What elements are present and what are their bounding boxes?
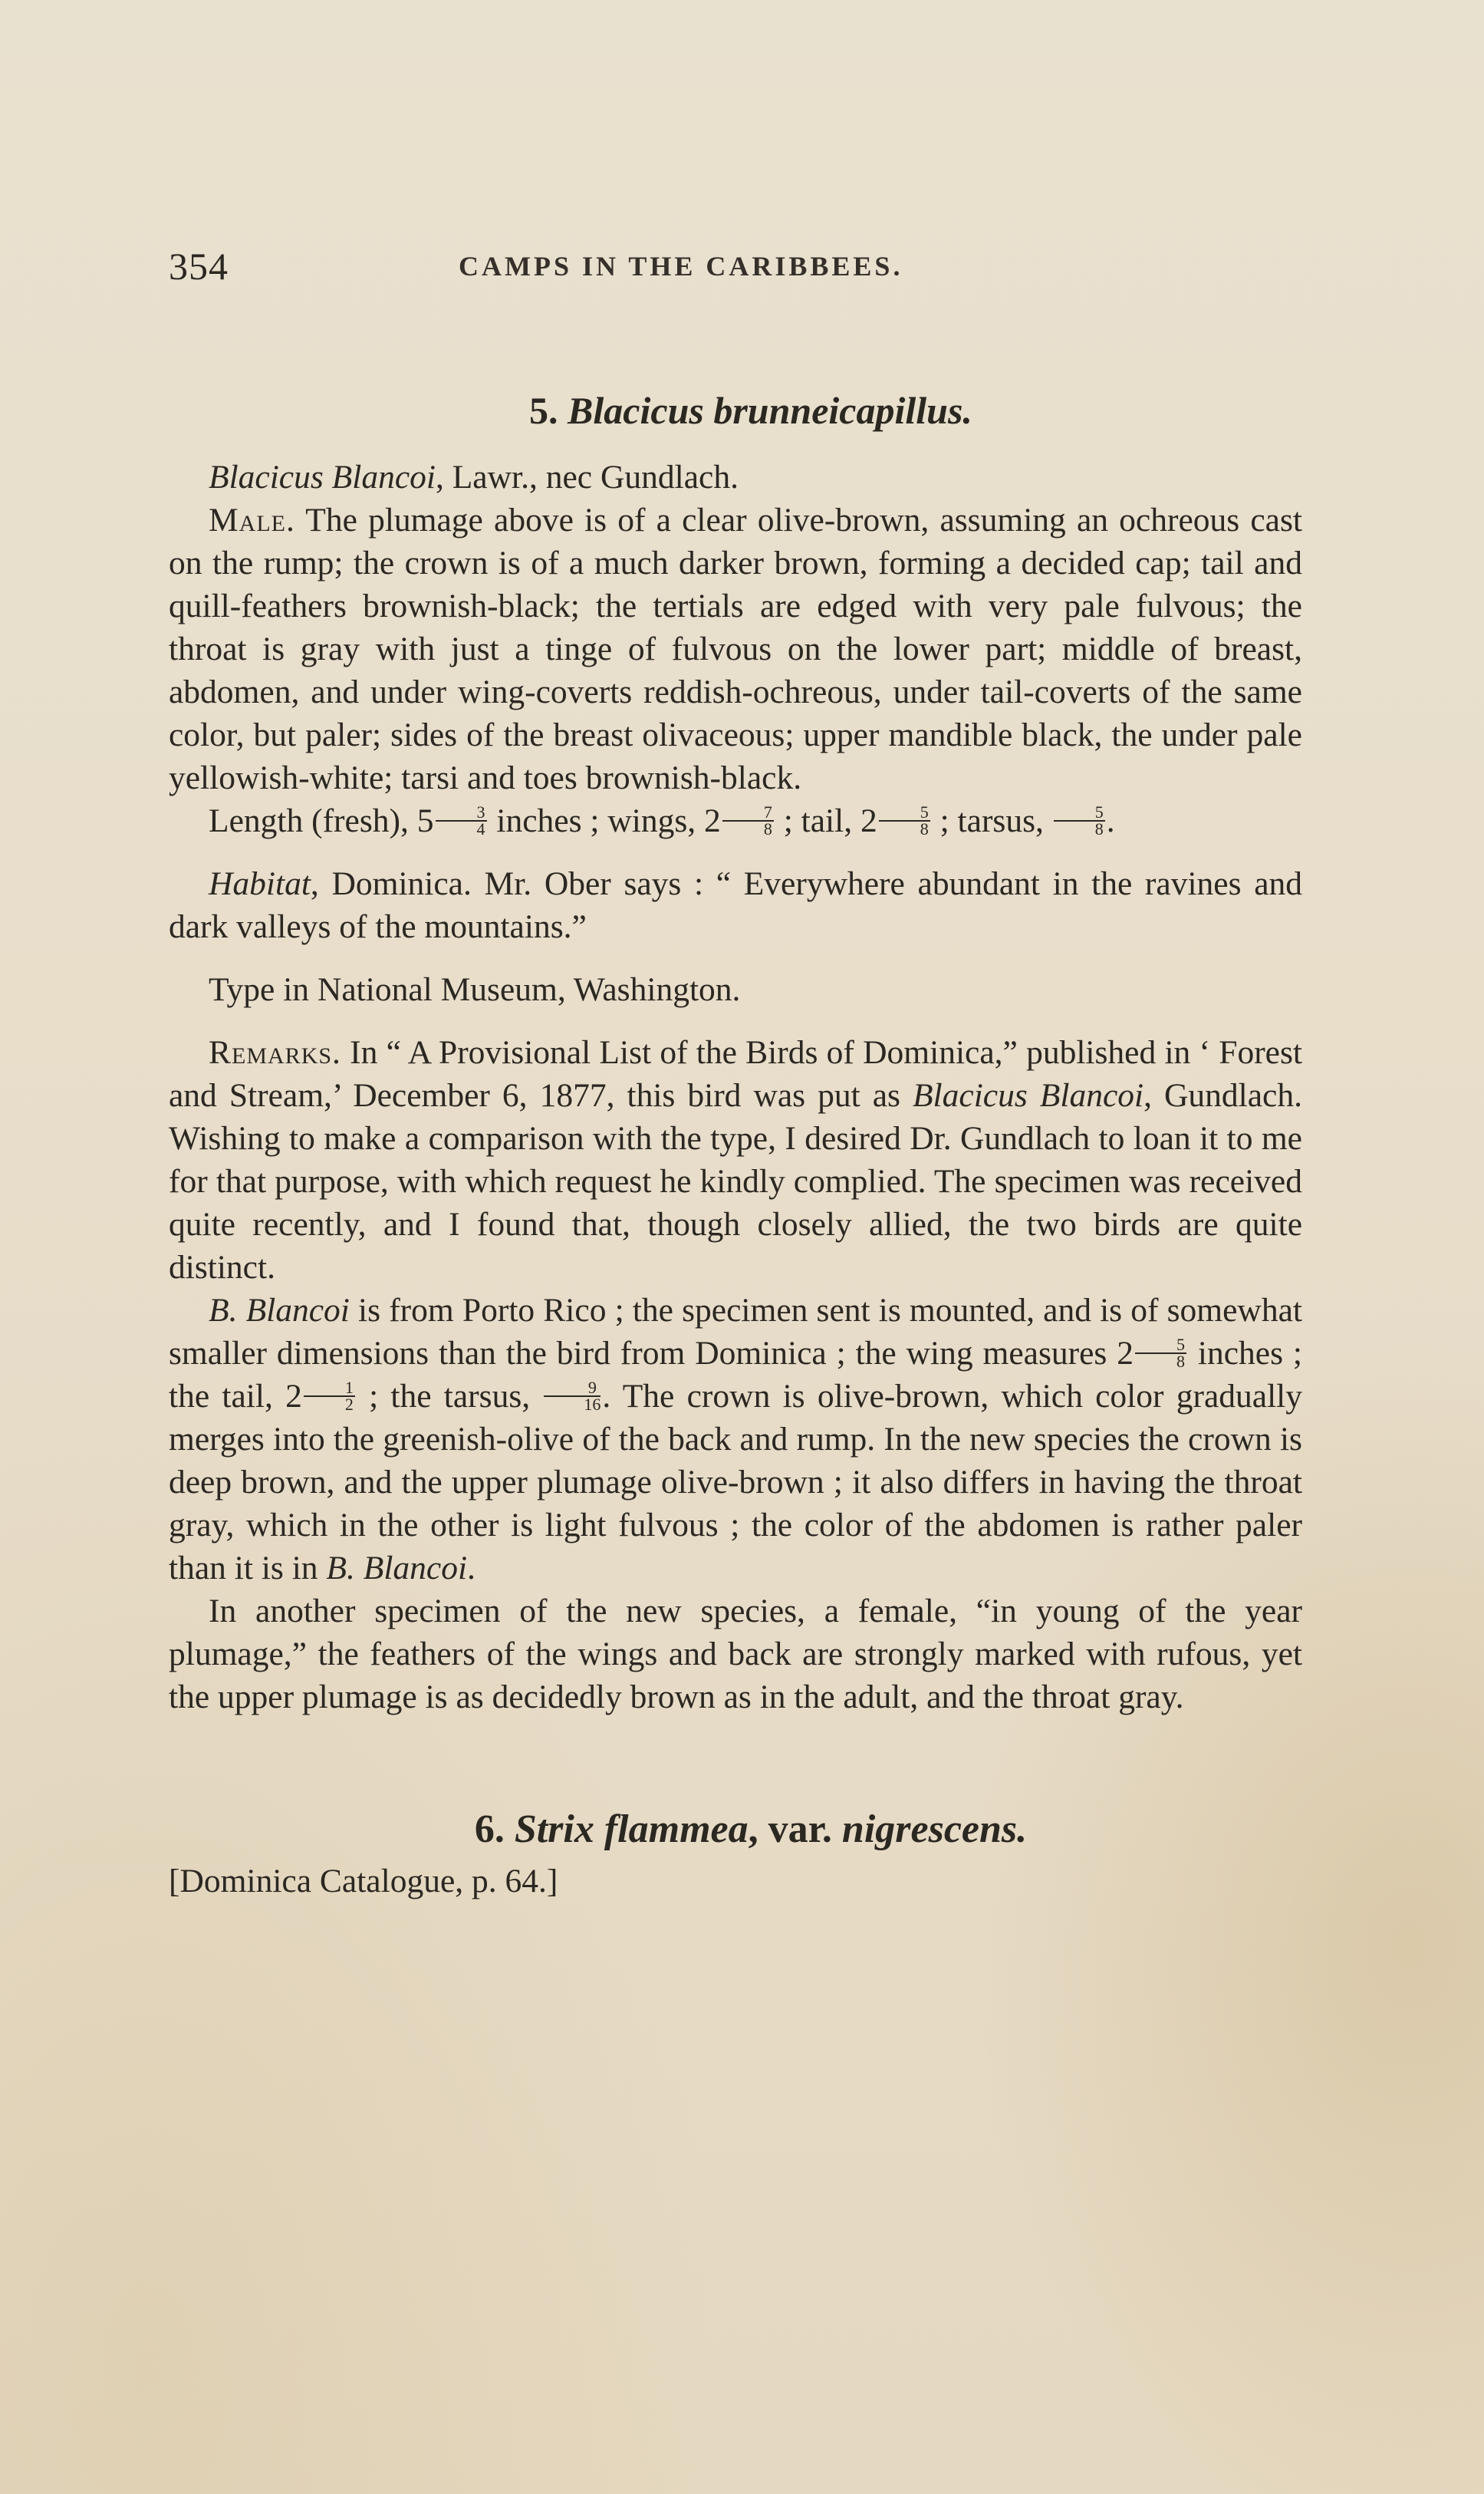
page-body: 5. Blacicus brunneicapillus. Blacicus Bl…: [169, 384, 1302, 1906]
catalogue-reference: [Dominica Catalogue, p. 64.]: [169, 1856, 1302, 1906]
spacer: [169, 948, 1302, 968]
measurements-line: Length (fresh), 534 inches ; wings, 278 …: [169, 799, 1302, 842]
male-description-text: The plumage above is of a clear olive-br…: [169, 502, 1302, 796]
remarks-label: Remarks.: [209, 1034, 341, 1071]
synonym-line: Blacicus Blancoi, Lawr., nec Gundlach.: [169, 456, 1302, 499]
comparison-paragraph: B. Blancoi is from Porto Rico ; the spec…: [169, 1289, 1302, 1590]
tarsus-fraction: 58: [1054, 805, 1105, 837]
fraction-denominator: 4: [436, 822, 487, 837]
fraction-denominator: 8: [1135, 1354, 1186, 1369]
comparison-species-name: B. Blancoi: [326, 1550, 467, 1586]
male-label: Male.: [209, 502, 295, 539]
remarks-species-name: Blacicus Blancoi: [913, 1077, 1143, 1114]
spacer: [169, 1011, 1302, 1031]
fraction-denominator: 16: [544, 1397, 601, 1412]
species-name: Strix flammea: [515, 1807, 749, 1851]
wing-fraction: 58: [1135, 1337, 1186, 1369]
fraction-denominator: 8: [1054, 822, 1105, 837]
fraction-denominator: 2: [304, 1397, 355, 1412]
tail-fraction: 58: [879, 805, 930, 837]
comparison-species-name: B. Blancoi: [209, 1292, 350, 1329]
tarsus-label: ; tarsus,: [932, 802, 1052, 839]
running-head: 354 CAMPS IN THE CARIBBEES.: [169, 244, 1304, 290]
variety-label: , var.: [749, 1807, 842, 1851]
species-number: 5.: [529, 389, 558, 432]
length-label: Length (fresh), 5: [209, 802, 434, 839]
synonym-authority: , Lawr., nec Gundlach.: [436, 459, 739, 496]
tail-label: ; tail, 2: [775, 802, 877, 839]
species-number: 6.: [475, 1807, 505, 1851]
running-title: CAMPS IN THE CARIBBEES.: [459, 250, 903, 282]
spacer: [169, 842, 1302, 862]
species-6-heading: 6. Strix flammea, var. nigrescens.: [169, 1803, 1302, 1856]
species-5-heading: 5. Blacicus brunneicapillus.: [169, 384, 1302, 437]
species-name: Blacicus brunneicapillus.: [568, 389, 972, 432]
fraction-denominator: 8: [722, 822, 774, 837]
variety-name: nigrescens.: [842, 1807, 1027, 1851]
synonym-name: Blacicus Blancoi: [209, 459, 436, 496]
type-location: Type in National Museum, Washington.: [169, 968, 1302, 1011]
page-number: 354: [169, 244, 229, 288]
female-note-paragraph: In another specimen of the new species, …: [169, 1590, 1302, 1718]
wings-fraction: 78: [722, 805, 774, 837]
tail-fraction: 12: [304, 1380, 355, 1412]
habitat-label: Habitat: [209, 865, 311, 902]
comparison-end: .: [467, 1550, 475, 1586]
male-description: Male. The plumage above is of a clear ol…: [169, 499, 1302, 799]
habitat-paragraph: Habitat, Dominica. Mr. Ober says : “ Eve…: [169, 862, 1302, 948]
habitat-text: , Dominica. Mr. Ober says : “ Everywhere…: [169, 865, 1302, 945]
spacer: [169, 1718, 1302, 1803]
remarks-paragraph: Remarks. In “ A Provisional List of the …: [169, 1031, 1302, 1289]
tarsus-fraction: 916: [544, 1380, 601, 1412]
length-fraction: 34: [436, 805, 487, 837]
fraction-denominator: 8: [879, 822, 930, 837]
wings-label: inches ; wings, 2: [489, 802, 721, 839]
measurements-end: .: [1107, 802, 1115, 839]
comparison-text: ; the tarsus,: [357, 1378, 543, 1415]
